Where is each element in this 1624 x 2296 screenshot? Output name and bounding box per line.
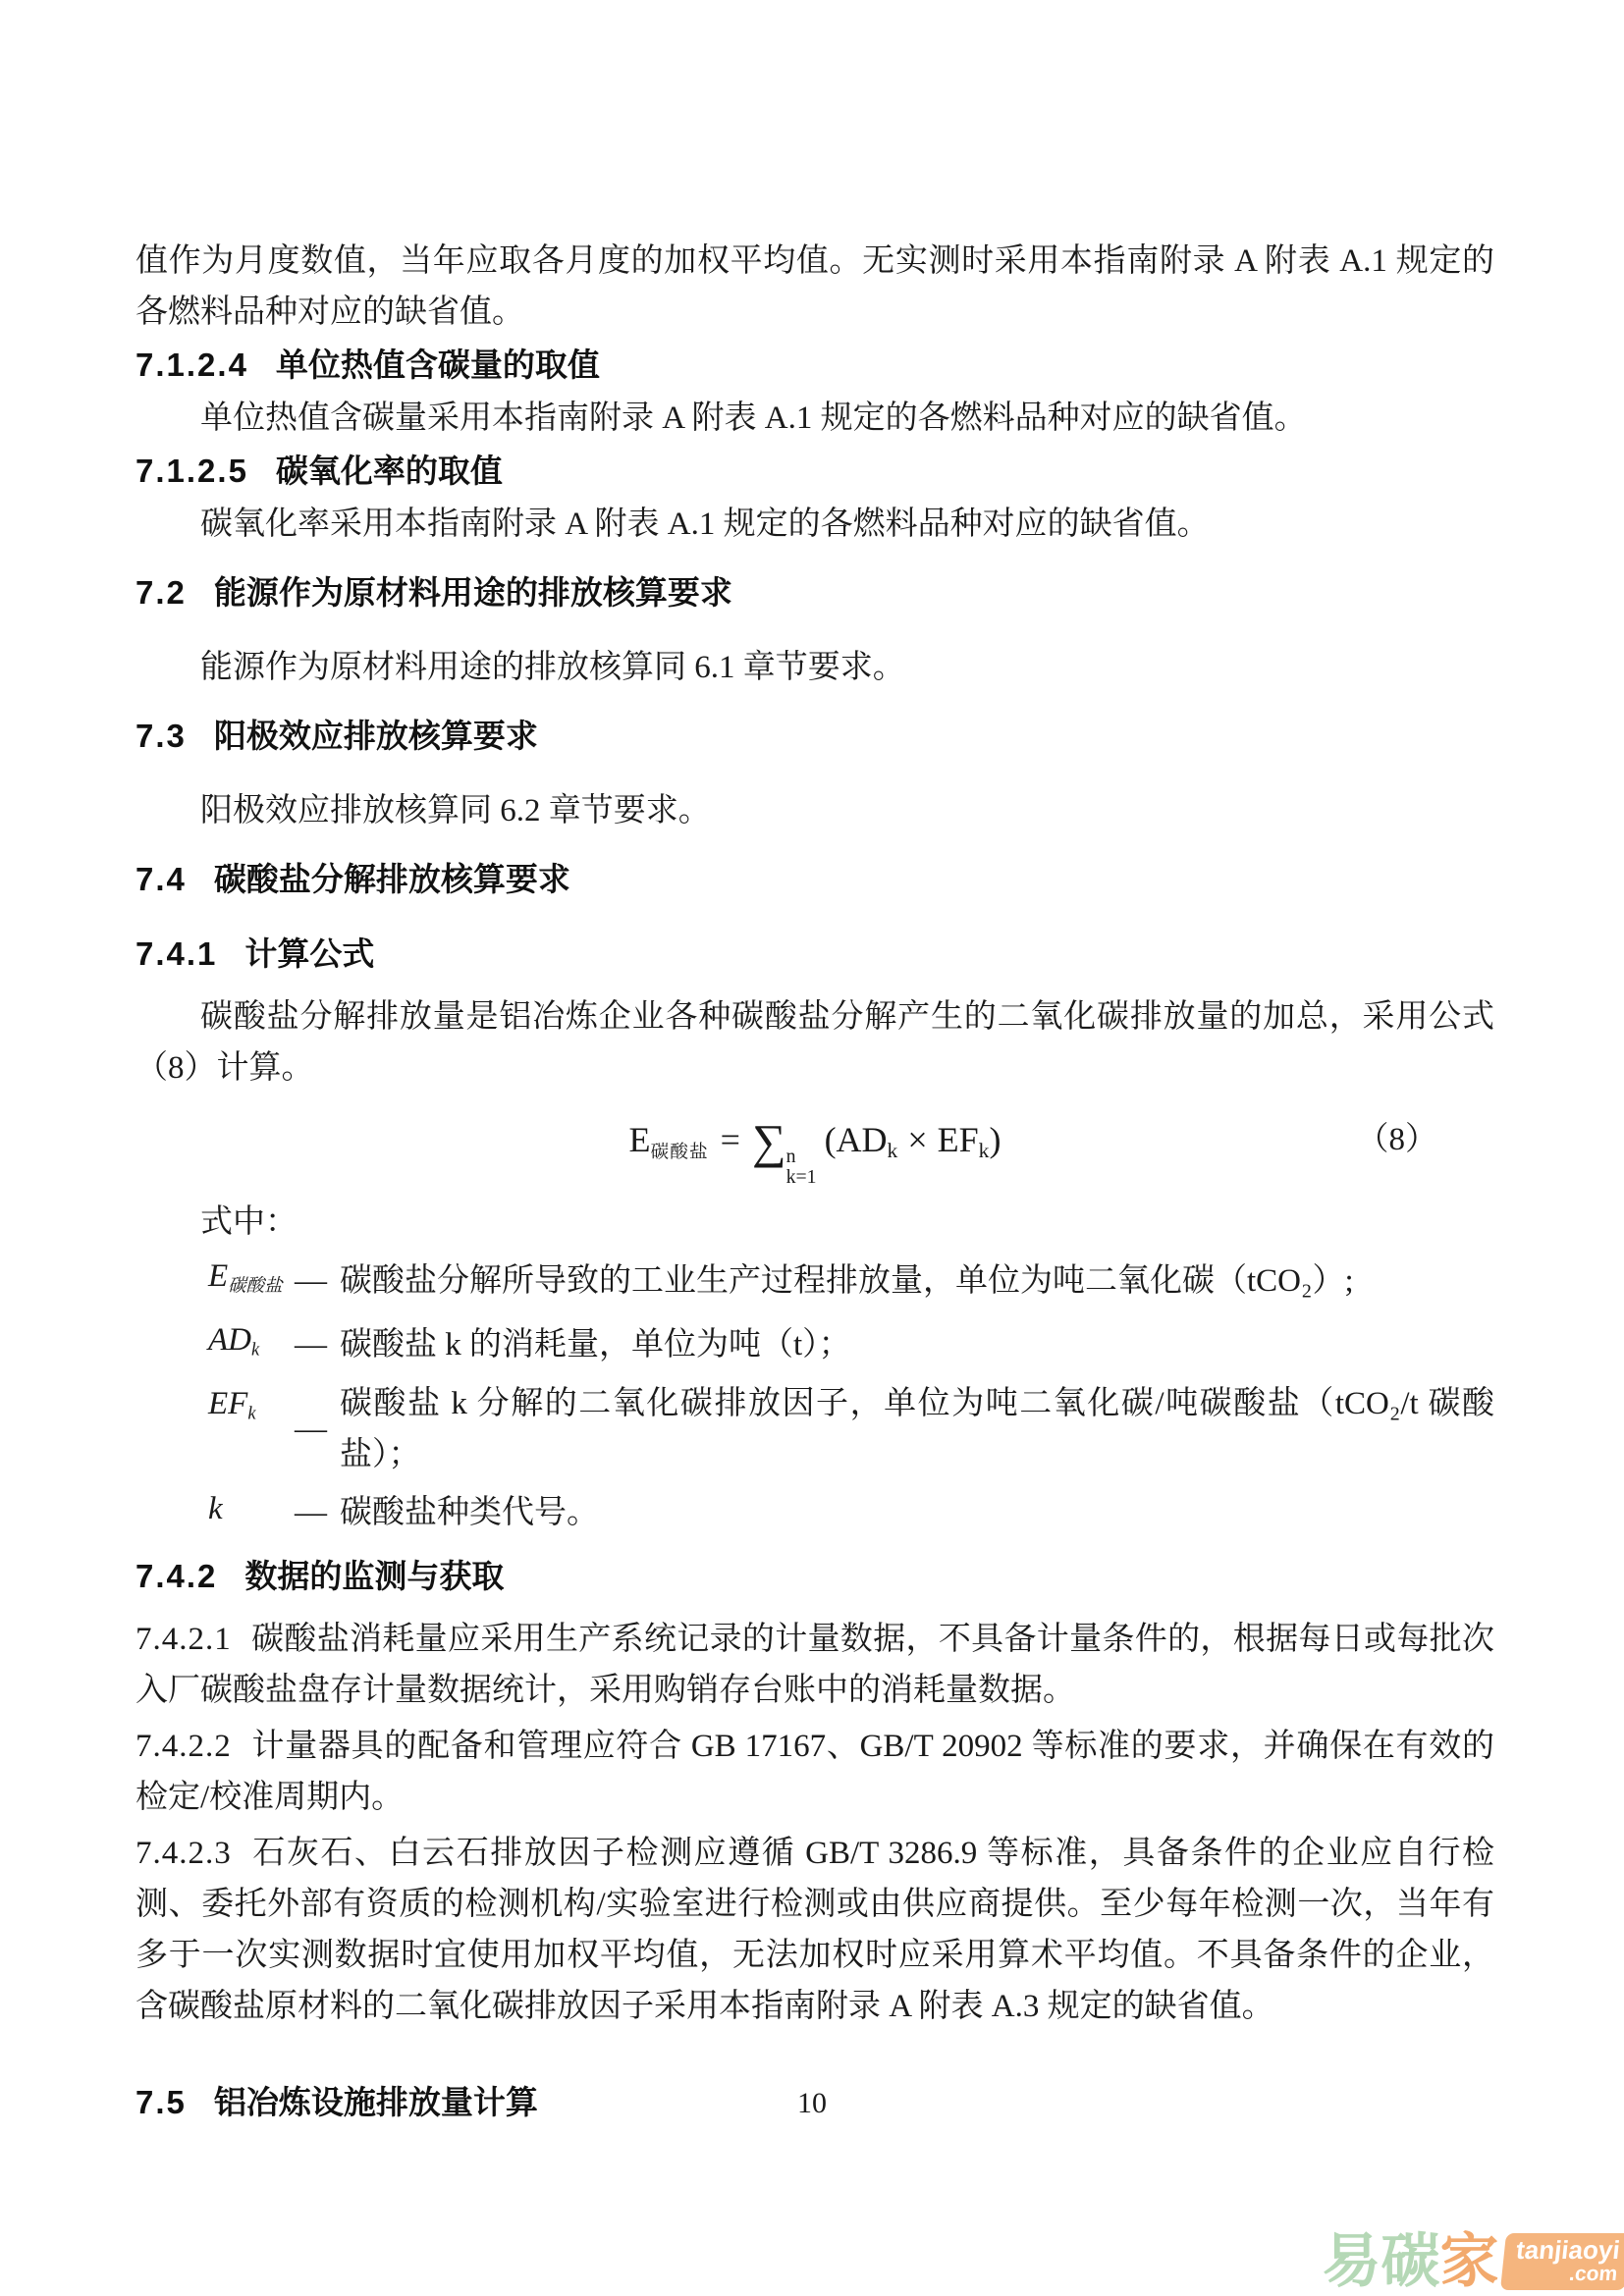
paragraph-continuation: 值作为月度数值，当年应取各月度的加权平均值。无实测时采用本指南附录 A 附表 A… — [135, 236, 1494, 338]
section-heading-7-4: 7.4碳酸盐分解排放核算要求 — [135, 854, 1494, 905]
watermark-char-jia: 家 — [1440, 2231, 1499, 2292]
watermark-char-tan: 碳 — [1381, 2231, 1440, 2292]
paragraph-7-3: 阳极效应排放核算同 6.2 章节要求。 — [135, 785, 1494, 836]
equation-lhs-subscript: 碳酸盐 — [651, 1142, 709, 1162]
paragraph-7-1-2-5: 碳氧化率采用本指南附录 A 附表 A.1 规定的各燃料品种对应的缺省值。 — [135, 499, 1494, 550]
clause-text: 碳酸盐消耗量应采用生产系统记录的计量数据，不具备计量条件的，根据每日或每批次入厂… — [135, 1622, 1494, 1708]
equation-number: （8） — [1357, 1107, 1438, 1172]
clause-number: 7.4.2.2 — [135, 1729, 232, 1764]
sigma-limits: nk=1 — [786, 1147, 817, 1188]
document-page: 值作为月度数值，当年应取各月度的加权平均值。无实测时采用本指南附录 A 附表 A… — [0, 0, 1624, 2296]
section-title: 计算公式 — [244, 935, 374, 972]
page-number: 10 — [0, 2087, 1624, 2120]
dash: — — [295, 1404, 340, 1455]
section-heading-7-4-2: 7.4.2数据的监测与获取 — [135, 1551, 1494, 1602]
definition-text: 碳酸盐 k 的消耗量，单位为吨（t）； — [340, 1319, 1494, 1370]
badge-tld: .com — [1512, 2264, 1618, 2285]
definition-text: 碳酸盐 k 分解的二氧化碳排放因子，单位为吨二氧化碳/吨碳酸盐（tCO₂/t 碳… — [340, 1378, 1494, 1480]
definition-text: 碳酸盐分解所导致的工业生产过程排放量，单位为吨二氧化碳（tCO₂）; — [340, 1255, 1494, 1307]
section-title: 阳极效应排放核算要求 — [214, 718, 538, 754]
term-ad: (AD — [825, 1120, 888, 1159]
times-sign: × — [907, 1120, 927, 1159]
section-number: 7.2 — [135, 574, 187, 611]
dash: — — [295, 1487, 340, 1538]
clause-text: 计量器具的配备和管理应符合 GB 17167、GB/T 20902 等标准的要求… — [135, 1729, 1494, 1815]
sigma-upper-limit: n — [786, 1147, 817, 1167]
paragraph-7-4-2-3: 7.4.2.3石灰石、白云石排放因子检测应遵循 GB/T 3286.9 等标准，… — [135, 1828, 1494, 2032]
equation-body: E碳酸盐=∑nk=1(ADk×EFk) — [629, 1120, 1001, 1159]
symbol-ef-k: EFk — [208, 1378, 295, 1439]
equals-sign: = — [721, 1120, 740, 1159]
dash: — — [295, 1319, 340, 1370]
sigma-lower-limit: k=1 — [786, 1167, 817, 1188]
section-heading-7-1-2-4: 7.1.2.4单位热值含碳量的取值 — [135, 340, 1494, 391]
section-title: 数据的监测与获取 — [244, 1558, 504, 1594]
definition-row: E碳酸盐 — 碳酸盐分解所导致的工业生产过程排放量，单位为吨二氧化碳（tCO₂）… — [208, 1251, 1494, 1311]
clause-number: 7.4.2.1 — [135, 1622, 232, 1657]
paragraph-7-4-2-1: 7.4.2.1碳酸盐消耗量应采用生产系统记录的计量数据，不具备计量条件的，根据每… — [135, 1614, 1494, 1716]
badge-domain: tanjiaoyi — [1514, 2237, 1620, 2264]
section-heading-7-4-1: 7.4.1计算公式 — [135, 929, 1494, 980]
watermark: 易 碳 家 tanjiaoyi .com — [1323, 2231, 1624, 2292]
equation-lhs: E — [629, 1120, 651, 1159]
watermark-badge: tanjiaoyi .com — [1499, 2233, 1624, 2290]
section-number: 7.4.2 — [135, 1558, 217, 1594]
watermark-char-yi: 易 — [1323, 2231, 1381, 2292]
section-number: 7.4 — [135, 861, 187, 897]
term-ef-subscript: k — [979, 1139, 990, 1162]
sigma-symbol: ∑ — [752, 1115, 786, 1168]
symbol-k: k — [208, 1483, 295, 1544]
definition-row: EFk — 碳酸盐 k 分解的二氧化碳排放因子，单位为吨二氧化碳/吨碳酸盐（tC… — [208, 1378, 1494, 1480]
definition-row: ADk — 碳酸盐 k 的消耗量，单位为吨（t）； — [208, 1314, 1494, 1375]
symbol-ad-k: ADk — [208, 1314, 295, 1375]
document-content: 值作为月度数值，当年应取各月度的加权平均值。无实测时采用本指南附录 A 附表 A… — [135, 236, 1494, 2128]
clause-number: 7.4.2.3 — [135, 1836, 232, 1871]
clause-text: 石灰石、白云石排放因子检测应遵循 GB/T 3286.9 等标准，具备条件的企业… — [135, 1836, 1494, 2024]
paragraph-7-4-2-2: 7.4.2.2计量器具的配备和管理应符合 GB 17167、GB/T 20902… — [135, 1721, 1494, 1823]
section-title: 能源作为原材料用途的排放核算要求 — [214, 574, 732, 611]
definition-row: k — 碳酸盐种类代号。 — [208, 1483, 1494, 1544]
section-heading-7-1-2-5: 7.1.2.5碳氧化率的取值 — [135, 446, 1494, 497]
equation-8: E碳酸盐=∑nk=1(ADk×EFk) （8） — [135, 1107, 1494, 1187]
section-title: 碳氧化率的取值 — [276, 453, 503, 489]
section-heading-7-3: 7.3阳极效应排放核算要求 — [135, 711, 1494, 762]
section-number: 7.4.1 — [135, 935, 217, 972]
section-title: 碳酸盐分解排放核算要求 — [214, 861, 570, 897]
symbol-e-carbonate: E碳酸盐 — [208, 1251, 295, 1311]
term-ef: EF — [938, 1120, 979, 1159]
term-ad-subscript: k — [888, 1139, 898, 1162]
section-heading-7-2: 7.2能源作为原材料用途的排放核算要求 — [135, 567, 1494, 618]
paragraph-7-4-1: 碳酸盐分解排放量是铝冶炼企业各种碳酸盐分解产生的二氧化碳排放量的加总，采用公式（… — [135, 991, 1494, 1094]
dash: — — [295, 1255, 340, 1307]
section-number: 7.1.2.5 — [135, 453, 248, 489]
paragraph-7-2: 能源作为原材料用途的排放核算同 6.1 章节要求。 — [135, 642, 1494, 693]
where-label: 式中： — [135, 1197, 1494, 1248]
section-number: 7.1.2.4 — [135, 347, 248, 383]
section-title: 单位热值含碳量的取值 — [276, 347, 600, 383]
section-number: 7.3 — [135, 718, 187, 754]
definition-list: E碳酸盐 — 碳酸盐分解所导致的工业生产过程排放量，单位为吨二氧化碳（tCO₂）… — [135, 1251, 1494, 1543]
paragraph-7-1-2-4: 单位热值含碳量采用本指南附录 A 附表 A.1 规定的各燃料品种对应的缺省值。 — [135, 393, 1494, 444]
close-paren: ) — [989, 1120, 1001, 1159]
definition-text: 碳酸盐种类代号。 — [340, 1487, 1494, 1538]
